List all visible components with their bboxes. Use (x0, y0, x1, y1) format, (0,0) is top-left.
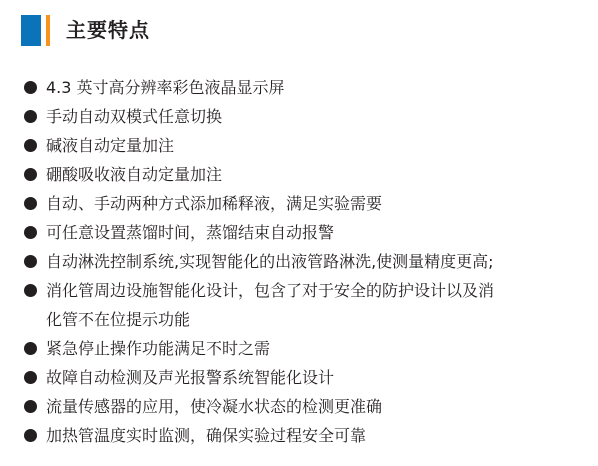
feature-item: 手动自动双模式任意切换 (0, 102, 598, 131)
feature-text: 加热管温度实时监测，确保实验过程安全可靠 (46, 426, 366, 445)
bullet-icon (24, 342, 37, 355)
heading-blue-bar (21, 15, 41, 46)
bullet-icon (24, 400, 37, 413)
bullet-icon (24, 139, 37, 152)
heading-orange-bar (46, 15, 50, 46)
feature-text-continued: 化管不在位提示功能 (46, 305, 598, 334)
feature-text: 碱液自动定量加注 (46, 136, 174, 155)
feature-text: 紧急停止操作功能满足不时之需 (46, 339, 270, 358)
feature-text: 消化管周边设施智能化设计，包含了对于安全的防护设计以及消 (46, 276, 598, 305)
feature-item: 流量传感器的应用，使冷凝水状态的检测更准确 (0, 392, 598, 421)
feature-item: 可任意设置蒸馏时间，蒸馏结束自动报警 (0, 218, 598, 247)
bullet-icon (24, 81, 37, 94)
feature-item: 4.3 英寸高分辨率彩色液晶显示屏 (0, 73, 598, 102)
feature-item: 消化管周边设施智能化设计，包含了对于安全的防护设计以及消化管不在位提示功能 (0, 276, 598, 334)
bullet-icon (24, 110, 37, 123)
feature-text: 手动自动双模式任意切换 (46, 107, 222, 126)
bullet-icon (24, 226, 37, 239)
bullet-icon (24, 429, 37, 442)
feature-item: 紧急停止操作功能满足不时之需 (0, 334, 598, 363)
bullet-icon (24, 168, 37, 181)
bullet-icon (24, 255, 37, 268)
feature-text: 可任意设置蒸馏时间，蒸馏结束自动报警 (46, 223, 334, 242)
feature-text: 故障自动检测及声光报警系统智能化设计 (46, 368, 334, 387)
feature-item: 硼酸吸收液自动定量加注 (0, 160, 598, 189)
bullet-icon (24, 197, 37, 210)
bullet-icon (24, 371, 37, 384)
bullet-icon (24, 284, 37, 297)
feature-text: 流量传感器的应用，使冷凝水状态的检测更准确 (46, 397, 382, 416)
feature-item: 故障自动检测及声光报警系统智能化设计 (0, 363, 598, 392)
feature-item: 自动淋洗控制系统,实现智能化的出液管路淋洗,使测量精度更高; (0, 247, 598, 276)
feature-item: 加热管温度实时监测，确保实验过程安全可靠 (0, 421, 598, 450)
feature-text: 4.3 英寸高分辨率彩色液晶显示屏 (46, 78, 285, 97)
feature-item: 自动、手动两种方式添加稀释液，满足实验需要 (0, 189, 598, 218)
feature-text: 硼酸吸收液自动定量加注 (46, 165, 222, 184)
feature-text: 自动淋洗控制系统,实现智能化的出液管路淋洗,使测量精度更高; (46, 252, 494, 271)
feature-text: 自动、手动两种方式添加稀释液，满足实验需要 (46, 194, 382, 213)
feature-item: 碱液自动定量加注 (0, 131, 598, 160)
section-title: 主要特点 (66, 14, 150, 46)
section-heading: 主要特点 (0, 0, 598, 60)
feature-list: 4.3 英寸高分辨率彩色液晶显示屏 手动自动双模式任意切换 碱液自动定量加注 硼… (0, 73, 598, 450)
